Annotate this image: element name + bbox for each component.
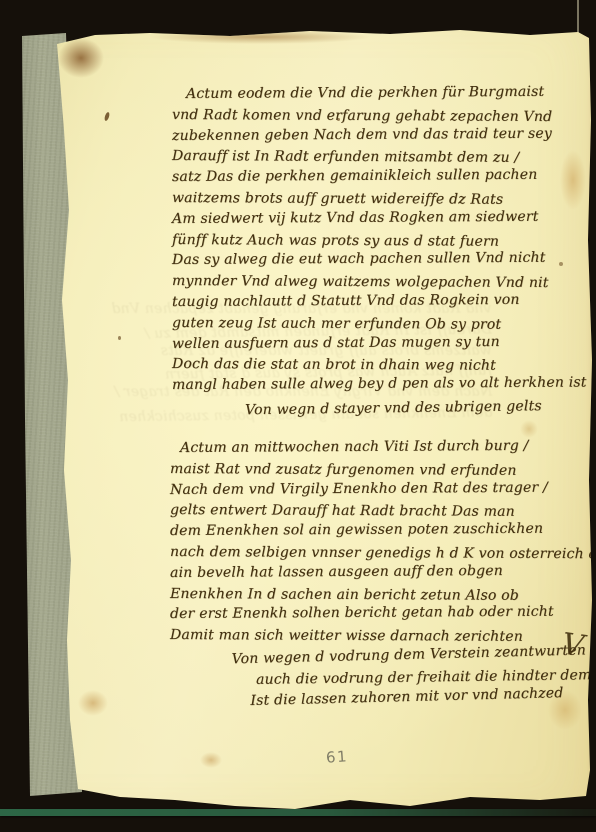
torn-corner-stain: [58, 38, 104, 78]
manuscript-line: taugig nachlautt d Statutt Vnd das Rogke…: [172, 289, 588, 312]
manuscript-line: Am siedwert vij kutz Vnd das Rogken am s…: [172, 206, 588, 229]
manuscript-page: vnd Radt komen vnd erfarung gehabt zepac…: [0, 0, 596, 832]
closing-note: Von wegen d vodrung dem Verstein zeantwu…: [231, 643, 582, 712]
backdrop-light-streak: [577, 0, 579, 33]
top-edge-stain: [150, 30, 370, 44]
manuscript-line: wellen ausfuern aus d stat Das mugen sy …: [172, 331, 588, 354]
manuscript-line: der erst Enenkh solhen bericht getan hab…: [170, 602, 590, 625]
table-edge-line: [0, 809, 596, 816]
manuscript-line: Nach dem vnd Virgily Enenkho den Rat des…: [170, 477, 590, 500]
manuscript-line: mangl haben sulle alweg bey d pen als vo…: [172, 373, 588, 396]
page-number: 61: [325, 747, 348, 766]
paper-stain: [78, 690, 108, 716]
paragraph-2: Actum an mittwochen nach Viti Ist durch …: [170, 438, 590, 646]
margin-flourish-mark: V: [560, 627, 586, 665]
manuscript-line: Actum an mittwochen nach Viti Ist durch …: [180, 435, 590, 458]
paper-stain: [200, 752, 222, 768]
manuscript-line: satz Das die perkhen gemainikleich sulle…: [172, 165, 588, 188]
manuscript-line: Actum eodem die Vnd die perkhen für Burg…: [186, 82, 588, 105]
manuscript-line: dem Enenkhen sol ain gewissen poten zusc…: [170, 519, 590, 542]
section-heading: Von wegn d stayer vnd des ubrigen gelts: [245, 396, 575, 421]
manuscript-line: ain bevelh hat lassen ausgeen auff den o…: [170, 560, 590, 583]
manuscript-photo: vnd Radt komen vnd erfarung gehabt zepac…: [0, 0, 596, 832]
ink-fleck: [104, 112, 111, 122]
manuscript-line: Das sy alweg die eut wach pachen sullen …: [172, 248, 588, 271]
paragraph-1: Actum eodem die Vnd die perkhen für Burg…: [172, 84, 588, 396]
manuscript-line: zubekennen geben Nach dem vnd das traid …: [172, 123, 588, 146]
